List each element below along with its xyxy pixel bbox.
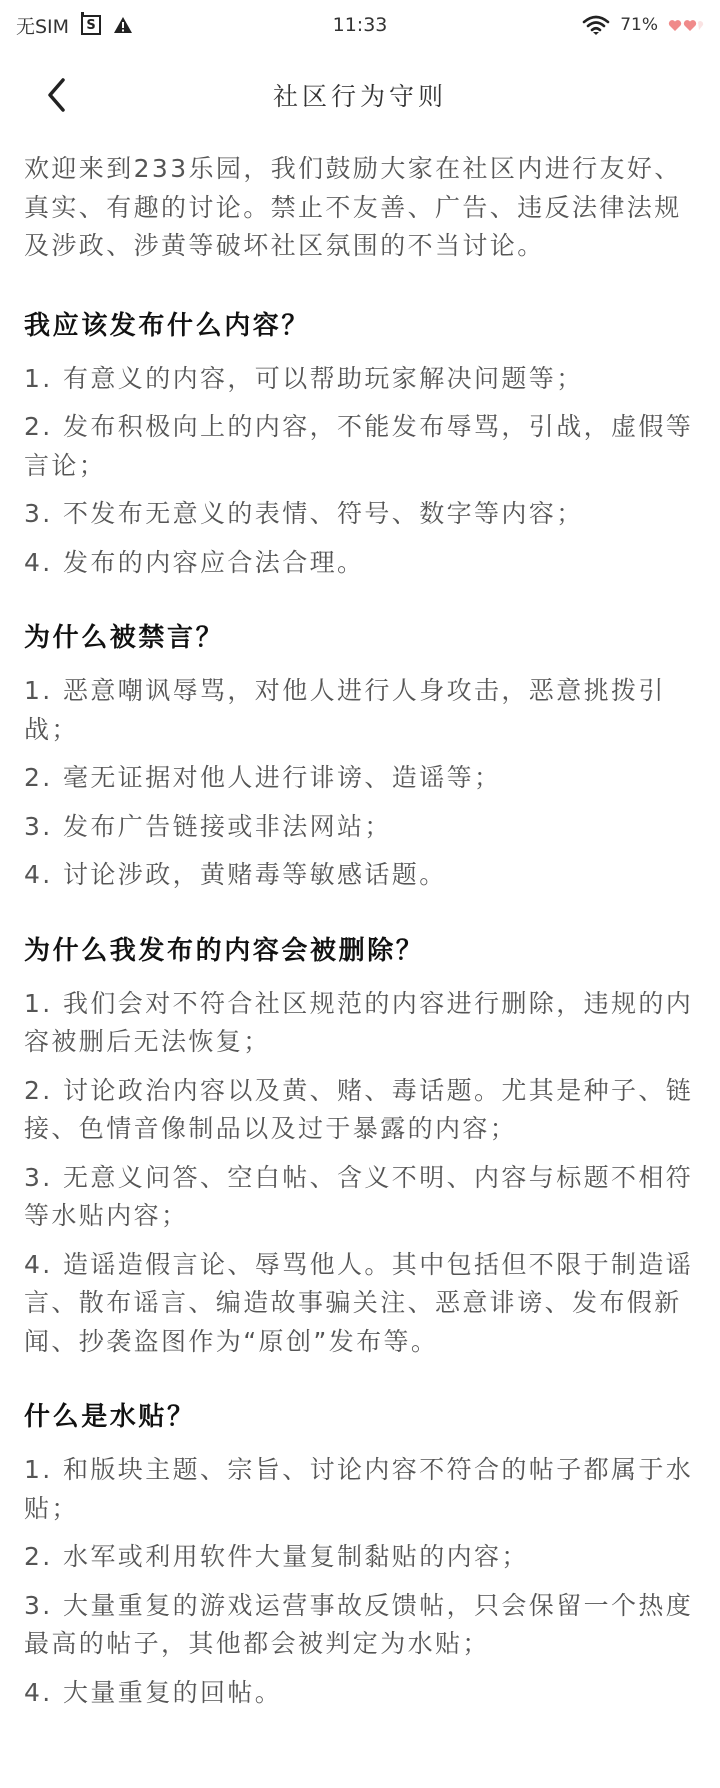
heart-empty-icon: [698, 19, 704, 32]
rule-item: 3. 发布广告链接或非法网站；: [24, 808, 696, 847]
nav-bar: 社区行为守则: [0, 50, 720, 140]
section-heading: 为什么我发布的内容会被删除？: [24, 931, 696, 971]
rule-item: 4. 造谣造假言论、辱骂他人。其中包括但不限于制造谣言、散布谣言、编造故事骗关注…: [24, 1246, 696, 1362]
heart-icon: [683, 19, 697, 32]
intro-paragraph: 欢迎来到233乐园，我们鼓励大家在社区内进行友好、真实、有趣的讨论。禁止不友善、…: [24, 150, 696, 266]
warning-icon: [113, 16, 133, 34]
rule-item: 2. 发布积极向上的内容，不能发布辱骂，引战，虚假等言论；: [24, 408, 696, 485]
rule-item: 3. 不发布无意义的表情、符号、数字等内容；: [24, 495, 696, 534]
page-title: 社区行为守则: [273, 77, 447, 113]
rule-item: 1. 和版块主题、宗旨、讨论内容不符合的帖子都属于水贴；: [24, 1451, 696, 1528]
section-heading: 为什么被禁言？: [24, 618, 696, 658]
section-heading: 我应该发布什么内容？: [24, 306, 696, 346]
rule-item: 2. 毫无证据对他人进行诽谤、造谣等；: [24, 759, 696, 798]
status-right: 71%: [582, 14, 704, 36]
rule-item: 4. 大量重复的回帖。: [24, 1674, 696, 1713]
section-what-to-post: 我应该发布什么内容？ 1. 有意义的内容，可以帮助玩家解决问题等； 2. 发布积…: [24, 306, 696, 583]
rule-item: 4. 发布的内容应合法合理。: [24, 544, 696, 583]
battery-percent: 71%: [620, 15, 658, 35]
rule-item: 3. 无意义问答、空白帖、含义不明、内容与标题不相符等水贴内容；: [24, 1159, 696, 1236]
wifi-icon: [582, 14, 610, 36]
clock: 11:33: [333, 14, 388, 36]
heart-icon: [668, 19, 682, 32]
heart-battery-icon: [668, 19, 704, 32]
guidelines-content: 欢迎来到233乐园，我们鼓励大家在社区内进行友好、真实、有趣的讨论。禁止不友善、…: [0, 140, 720, 1788]
status-bar: 无SIM S 11:33 71%: [0, 0, 720, 50]
chevron-left-icon: [45, 77, 67, 113]
back-button[interactable]: [36, 73, 76, 117]
section-why-deleted: 为什么我发布的内容会被删除？ 1. 我们会对不符合社区规范的内容进行删除，违规的…: [24, 931, 696, 1362]
section-why-muted: 为什么被禁言？ 1. 恶意嘲讽辱骂，对他人进行人身攻击，恶意挑拨引战； 2. 毫…: [24, 618, 696, 895]
carrier-label: 无SIM: [16, 12, 69, 39]
rule-item: 2. 讨论政治内容以及黄、赌、毒话题。尤其是种子、链接、色情音像制品以及过于暴露…: [24, 1072, 696, 1149]
rule-item: 4. 讨论涉政，黄赌毒等敏感话题。: [24, 856, 696, 895]
section-heading: 什么是水贴？: [24, 1397, 696, 1437]
rule-item: 1. 恶意嘲讽辱骂，对他人进行人身攻击，恶意挑拨引战；: [24, 672, 696, 749]
status-left: 无SIM S: [16, 12, 133, 39]
rule-item: 1. 有意义的内容，可以帮助玩家解决问题等；: [24, 360, 696, 399]
s-app-icon: S: [81, 15, 101, 35]
rule-item: 1. 我们会对不符合社区规范的内容进行删除，违规的内容被删后无法恢复；: [24, 985, 696, 1062]
rule-item: 2. 水军或利用软件大量复制黏贴的内容；: [24, 1538, 696, 1577]
rule-item: 3. 大量重复的游戏运营事故反馈帖，只会保留一个热度最高的帖子，其他都会被判定为…: [24, 1587, 696, 1664]
section-what-is-spam: 什么是水贴？ 1. 和版块主题、宗旨、讨论内容不符合的帖子都属于水贴； 2. 水…: [24, 1397, 696, 1712]
